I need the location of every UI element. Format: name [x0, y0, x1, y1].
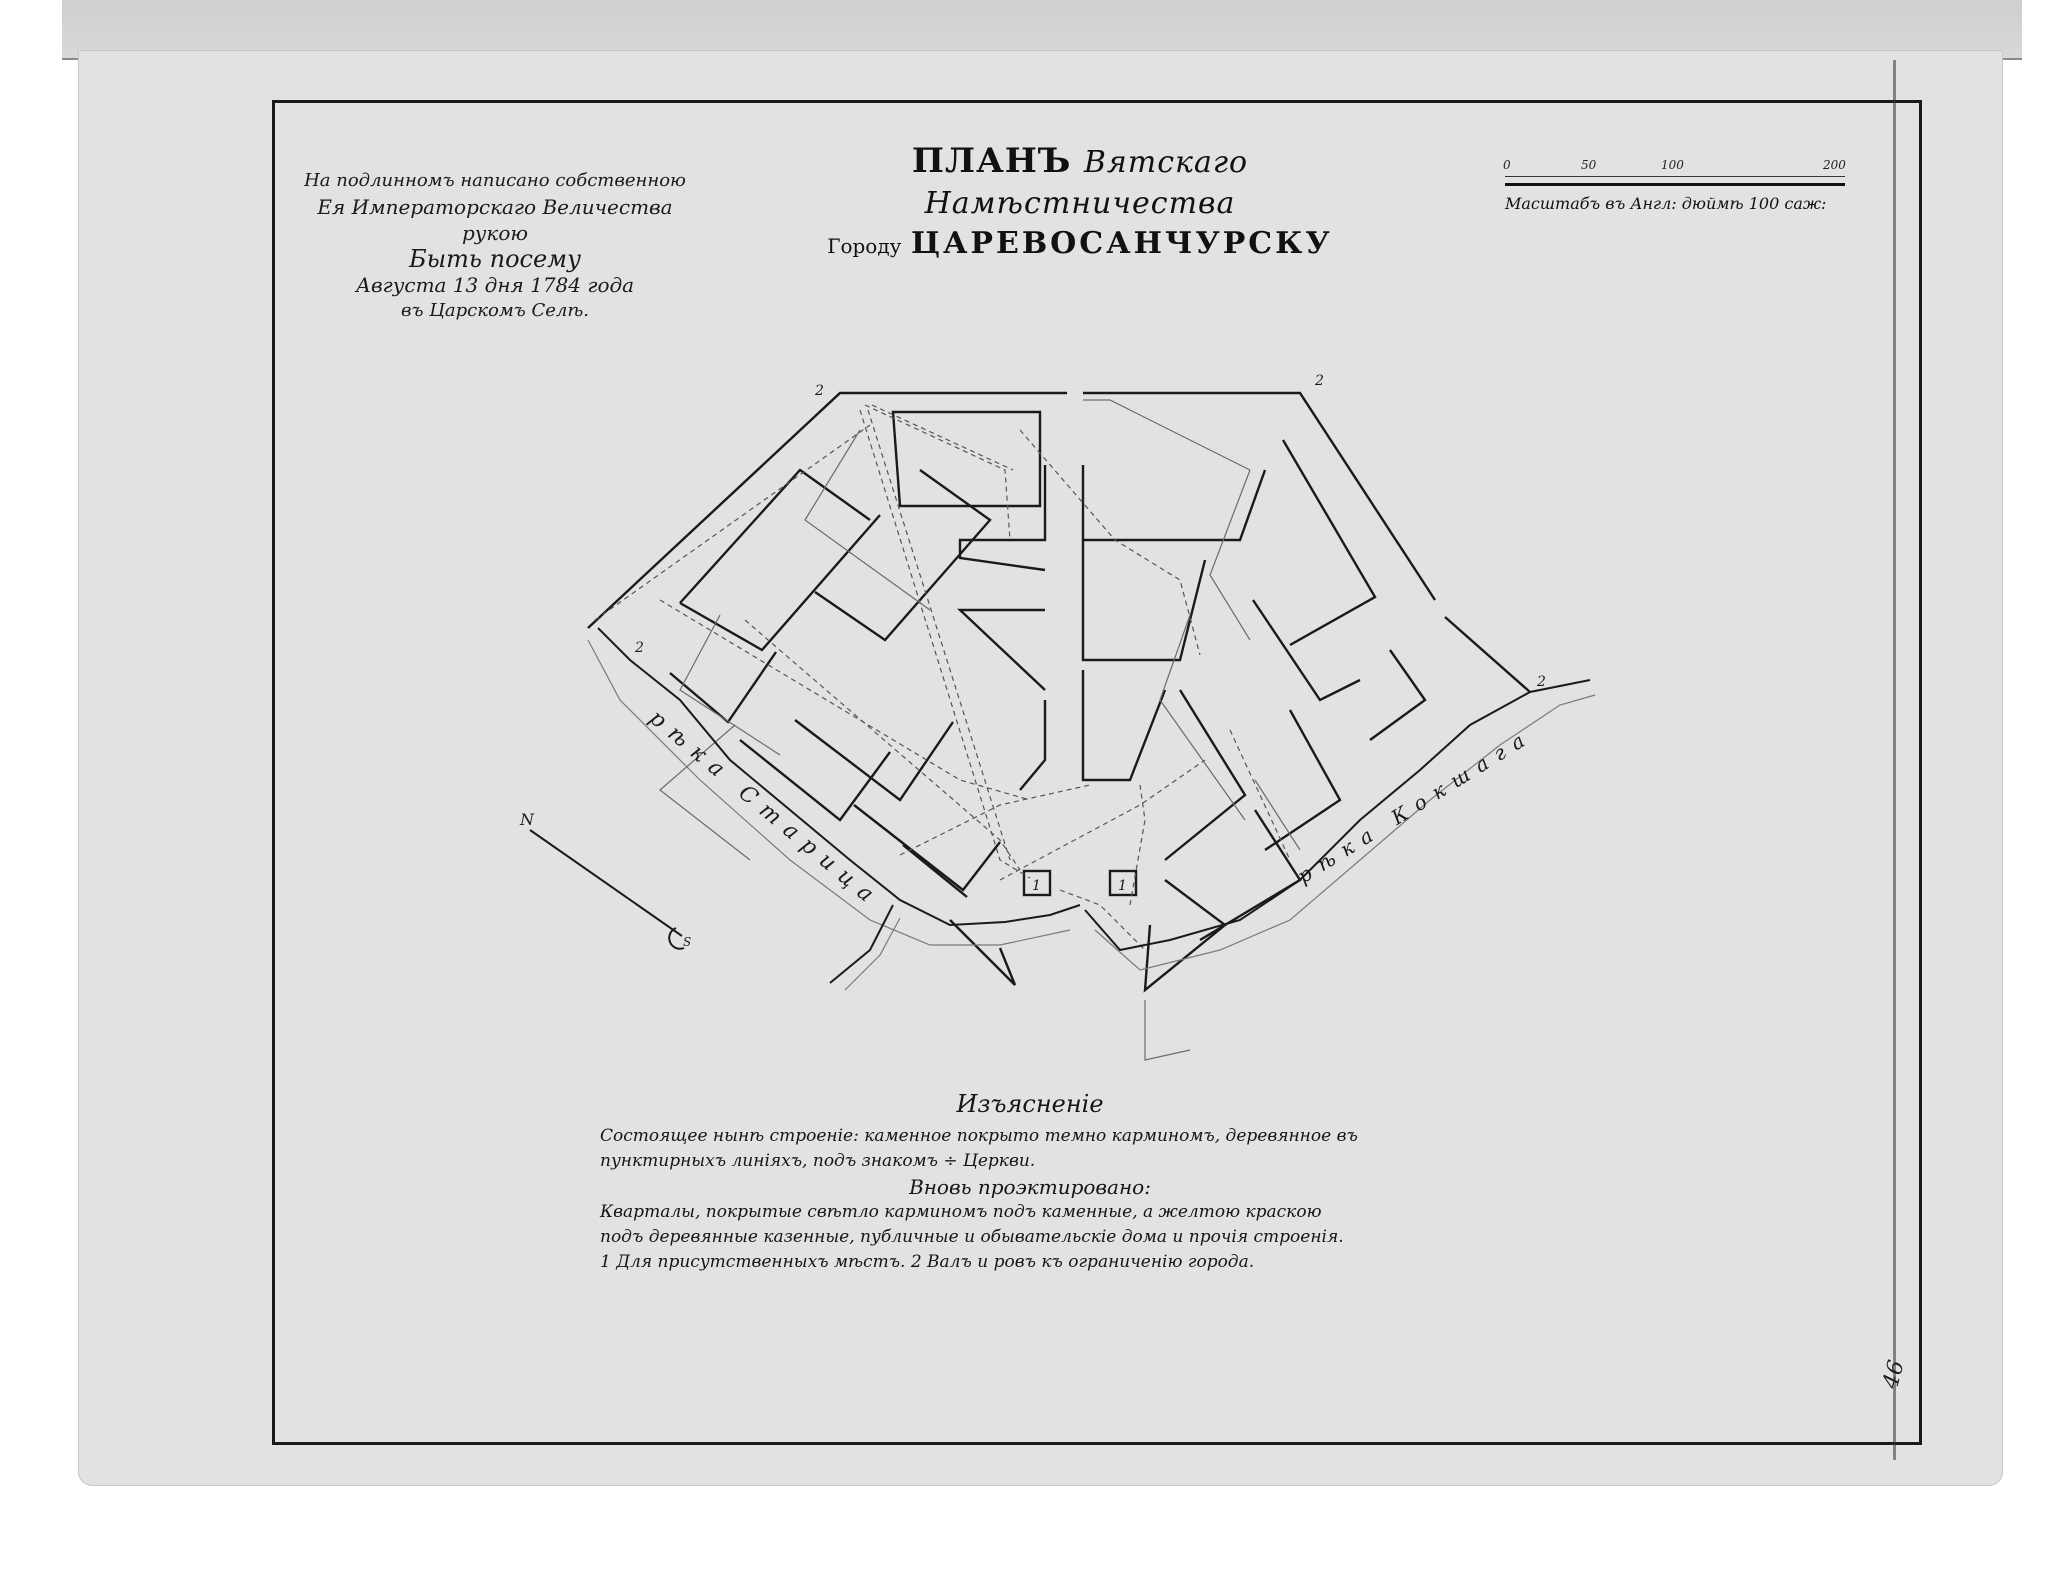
legend-explanation: Изъясненіе Состоящее нынѣ строеніе: каме… — [600, 1090, 1460, 1275]
legend-line: 1 Для присутственныхъ мѣстъ. 2 Валъ и ро… — [600, 1250, 1460, 1275]
block — [1083, 670, 1165, 780]
block — [950, 920, 1015, 985]
river-west-label: рѣка Старица — [644, 705, 886, 913]
block — [670, 652, 776, 722]
compass-south-label: S — [683, 935, 691, 949]
rampart-mark: 2 — [1314, 373, 1324, 389]
block — [960, 465, 1045, 570]
compass-needle-icon — [530, 830, 684, 949]
block — [1165, 690, 1245, 860]
rampart-northeast — [1083, 393, 1435, 600]
rampart-mark: 2 — [1536, 674, 1546, 690]
legend-projected-heading: Вновь проэктировано: — [600, 1174, 1460, 1200]
river-tributary-bank — [830, 905, 893, 983]
river-starica-outer-bank — [588, 640, 1070, 945]
block — [960, 610, 1045, 690]
legend-line: пунктирныхъ линіяхъ, подъ знакомъ ÷ Церк… — [600, 1149, 1460, 1174]
river-kokshaga-bank — [1085, 680, 1590, 950]
rampart-mark: 2 — [814, 383, 824, 399]
block — [1283, 440, 1375, 645]
block — [1083, 540, 1205, 660]
town-plan-drawing: N S рѣка Старица рѣка Кокшага 2 2 2 2 1 … — [0, 0, 2048, 1585]
block — [1020, 700, 1045, 790]
rampart-northwest — [588, 393, 1067, 628]
rampart-east — [1445, 617, 1530, 692]
legend-line: Кварталы, покрытые свѣтло карминомъ подъ… — [600, 1200, 1460, 1225]
public-building-mark: 1 — [1118, 878, 1127, 894]
block — [680, 470, 870, 603]
block — [893, 412, 1040, 506]
block — [903, 845, 967, 897]
block — [795, 720, 953, 800]
compass-north-label: N — [519, 810, 535, 829]
block — [854, 805, 1000, 890]
legend-line: Состоящее нынѣ строеніе: каменное покрыт… — [600, 1124, 1460, 1149]
block — [1200, 810, 1300, 940]
rampart-mark: 2 — [634, 640, 644, 656]
binding-edge-line — [1893, 60, 1896, 1460]
block — [1370, 650, 1425, 740]
legend-heading: Изъясненіе — [600, 1090, 1460, 1118]
public-building-mark: 1 — [1032, 878, 1041, 894]
legend-line: подъ деревянные казенные, публичные и об… — [600, 1225, 1460, 1250]
